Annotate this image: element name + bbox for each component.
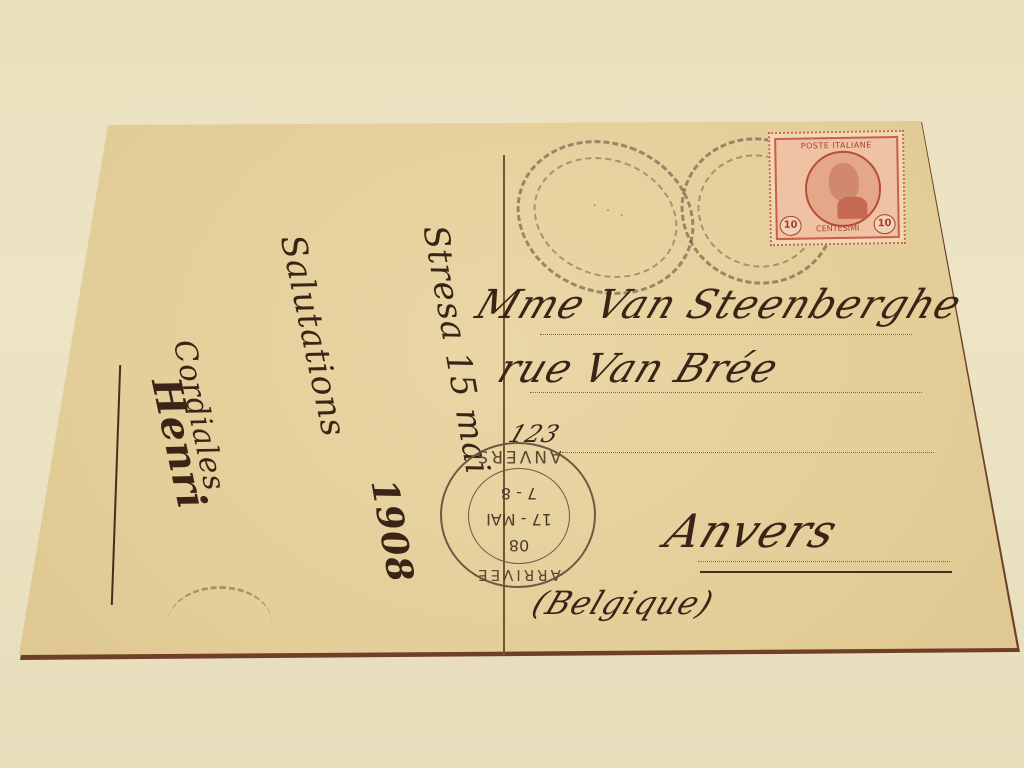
recipient-name: Mme Van Steenberghe (470, 282, 969, 328)
arrival-postmark-time: 7 - 8 (469, 484, 569, 503)
address-line-2 (530, 392, 922, 393)
city-name: Anvers (658, 504, 845, 558)
address-line-4 (698, 561, 950, 562)
address-line-1 (540, 334, 912, 335)
arrival-postmark-city: ANVERS (442, 446, 594, 466)
stamp-country: POSTE ITALIANE (776, 140, 896, 151)
arrival-postmark: ARRIVEE 08 17 - MAI 7 - 8 ANVERS (440, 442, 596, 588)
postage-stamp: POSTE ITALIANE 10 CENTESIMI 10 (768, 130, 906, 246)
arrival-postmark-date: 17 - MAI (469, 510, 569, 529)
arrival-postmark-label: ARRIVEE (442, 566, 594, 584)
address-underline (700, 571, 952, 573)
address-line-3 (562, 452, 934, 453)
stamp-portrait-icon (804, 150, 881, 227)
arrival-postmark-year: 08 (469, 536, 569, 555)
country-name: (Belgique) (527, 584, 719, 622)
street-address: rue Van Brée (492, 346, 785, 392)
faint-postmark (168, 586, 272, 659)
